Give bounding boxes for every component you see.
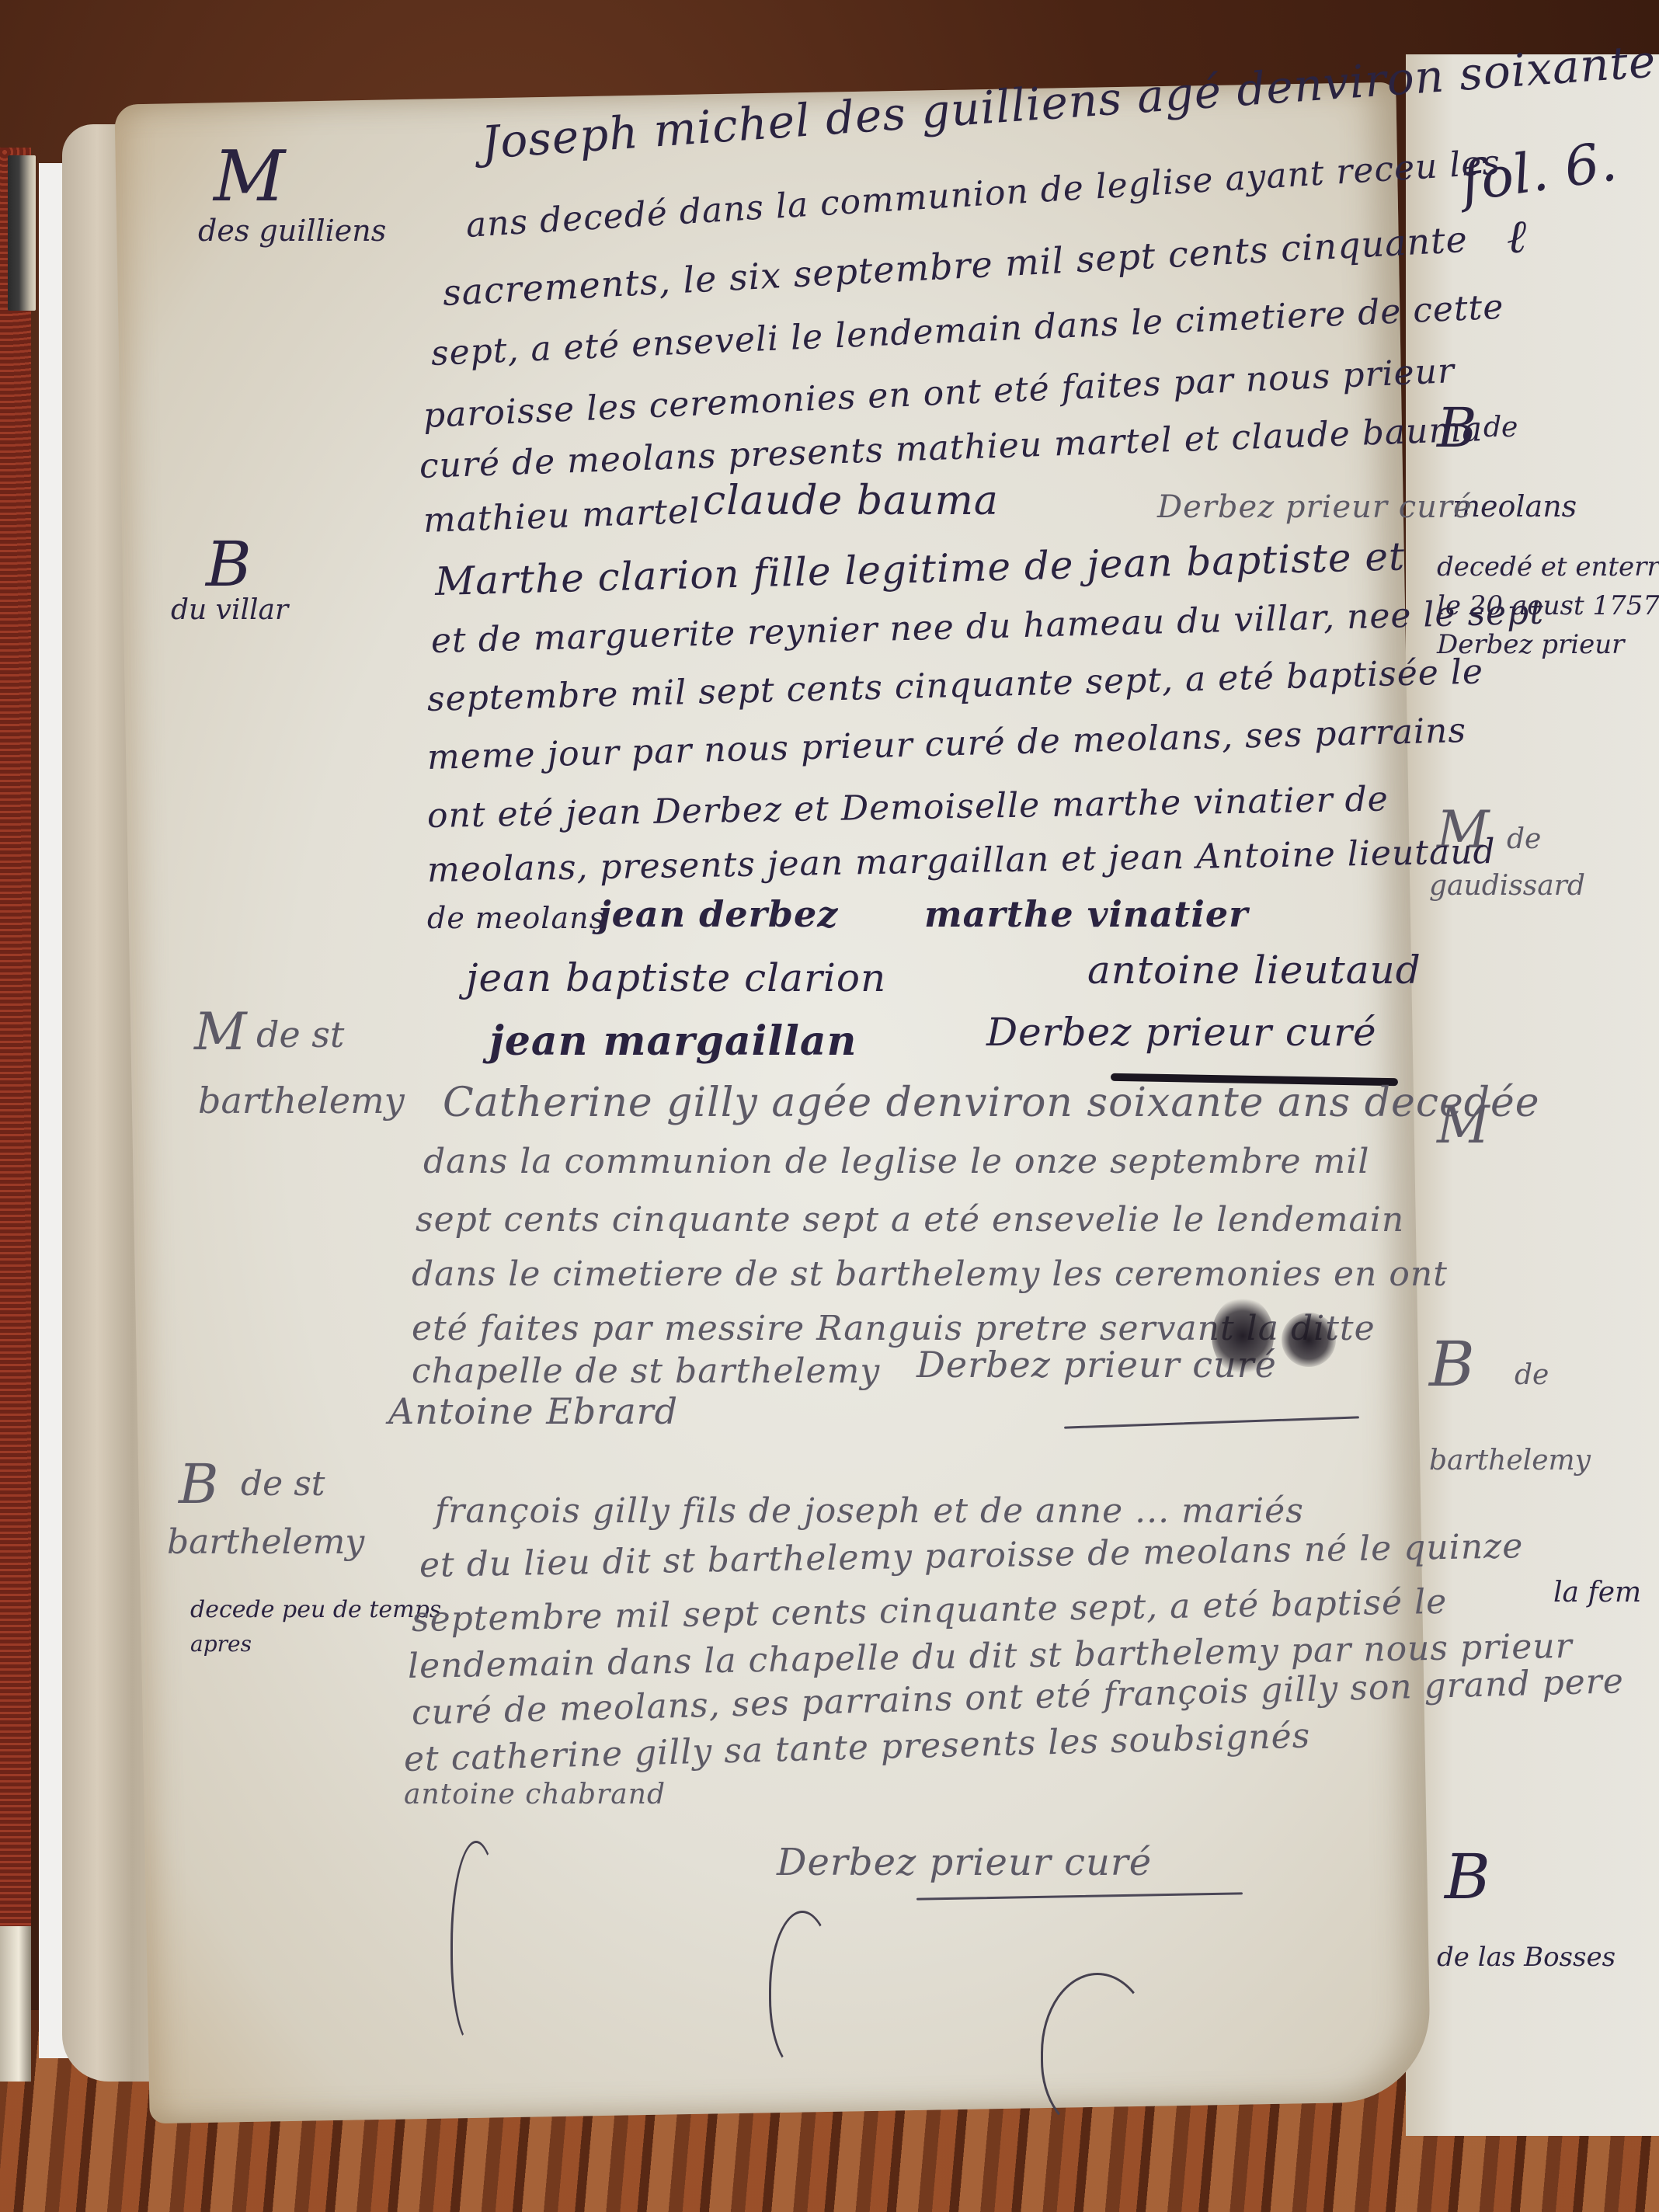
signature-priest: Derbez prieur curé [1157, 489, 1473, 525]
text-line: françois gilly fils de joseph et de anne… [435, 1491, 1304, 1531]
text-line: dans la communion de leglise le onze sep… [423, 1142, 1369, 1181]
margin-text: de [1515, 1359, 1549, 1391]
margin-text: barthelemy [198, 1080, 405, 1122]
margin-text: gaudissard [1429, 870, 1585, 902]
metal-corner-clip-bottom [0, 1926, 31, 2082]
folio-paraph-icon: ℓ [1507, 210, 1526, 264]
signature-witness: Antoine Ebrard [388, 1390, 678, 1432]
margin-text: la fem [1553, 1577, 1641, 1609]
ink-blot [1282, 1313, 1336, 1367]
margin-text: de st [256, 1014, 344, 1056]
baptism-symbol: B [179, 1452, 218, 1516]
signature-father: jean baptiste clarion [466, 955, 886, 1000]
signature-witness: claude bauma [703, 478, 999, 524]
margin-text: de [1483, 412, 1518, 443]
flourish-loop [769, 1911, 836, 2071]
margin-text: des guilliens [198, 214, 386, 248]
text-line: de meolans [427, 901, 605, 935]
signature-witness: antoine lieutaud [1087, 948, 1421, 993]
baptism-symbol: B [1445, 1841, 1490, 1913]
margin-text: barthelemy [167, 1522, 364, 1562]
baptism-symbol: B [1429, 1328, 1475, 1400]
book-cover-leather [0, 148, 31, 2058]
text-line: chapelle de st barthelemy [412, 1351, 880, 1391]
flourish-loop [1041, 1973, 1154, 2133]
text-line: Catherine gilly agée denviron soixante a… [443, 1080, 1540, 1126]
margin-text: barthelemy [1429, 1445, 1591, 1476]
ink-blot [1212, 1297, 1274, 1375]
text-line: sept cents cinquante sept a eté enseveli… [416, 1200, 1404, 1240]
metal-corner-clip-top [8, 155, 36, 311]
margin-text: de st [241, 1464, 325, 1504]
signature-priest: Derbez prieur curé [986, 1010, 1377, 1055]
signature-godmother: marthe vinatier [924, 893, 1248, 935]
signature-witness: jean margaillan [489, 1017, 857, 1065]
text-line: dans le cimetiere de st barthelemy les c… [412, 1254, 1448, 1294]
signature-godfather: jean derbez [598, 893, 838, 935]
flourish-loop [450, 1841, 502, 2047]
baptism-symbol: B [206, 528, 252, 600]
margin-text: apres [190, 1631, 252, 1657]
margin-text: du villar [171, 594, 288, 626]
margin-text: decedé et enterré [1437, 551, 1659, 583]
burial-symbol: M [194, 1002, 247, 1062]
margin-text: de las Bosses [1437, 1942, 1616, 1973]
signature-priest: Derbez prieur curé [777, 1841, 1152, 1884]
burial-symbol: M [214, 136, 285, 217]
text-line: antoine chabrand [404, 1779, 666, 1810]
margin-text: de [1507, 823, 1541, 855]
margin-text: decede peu de temps [190, 1596, 441, 1623]
